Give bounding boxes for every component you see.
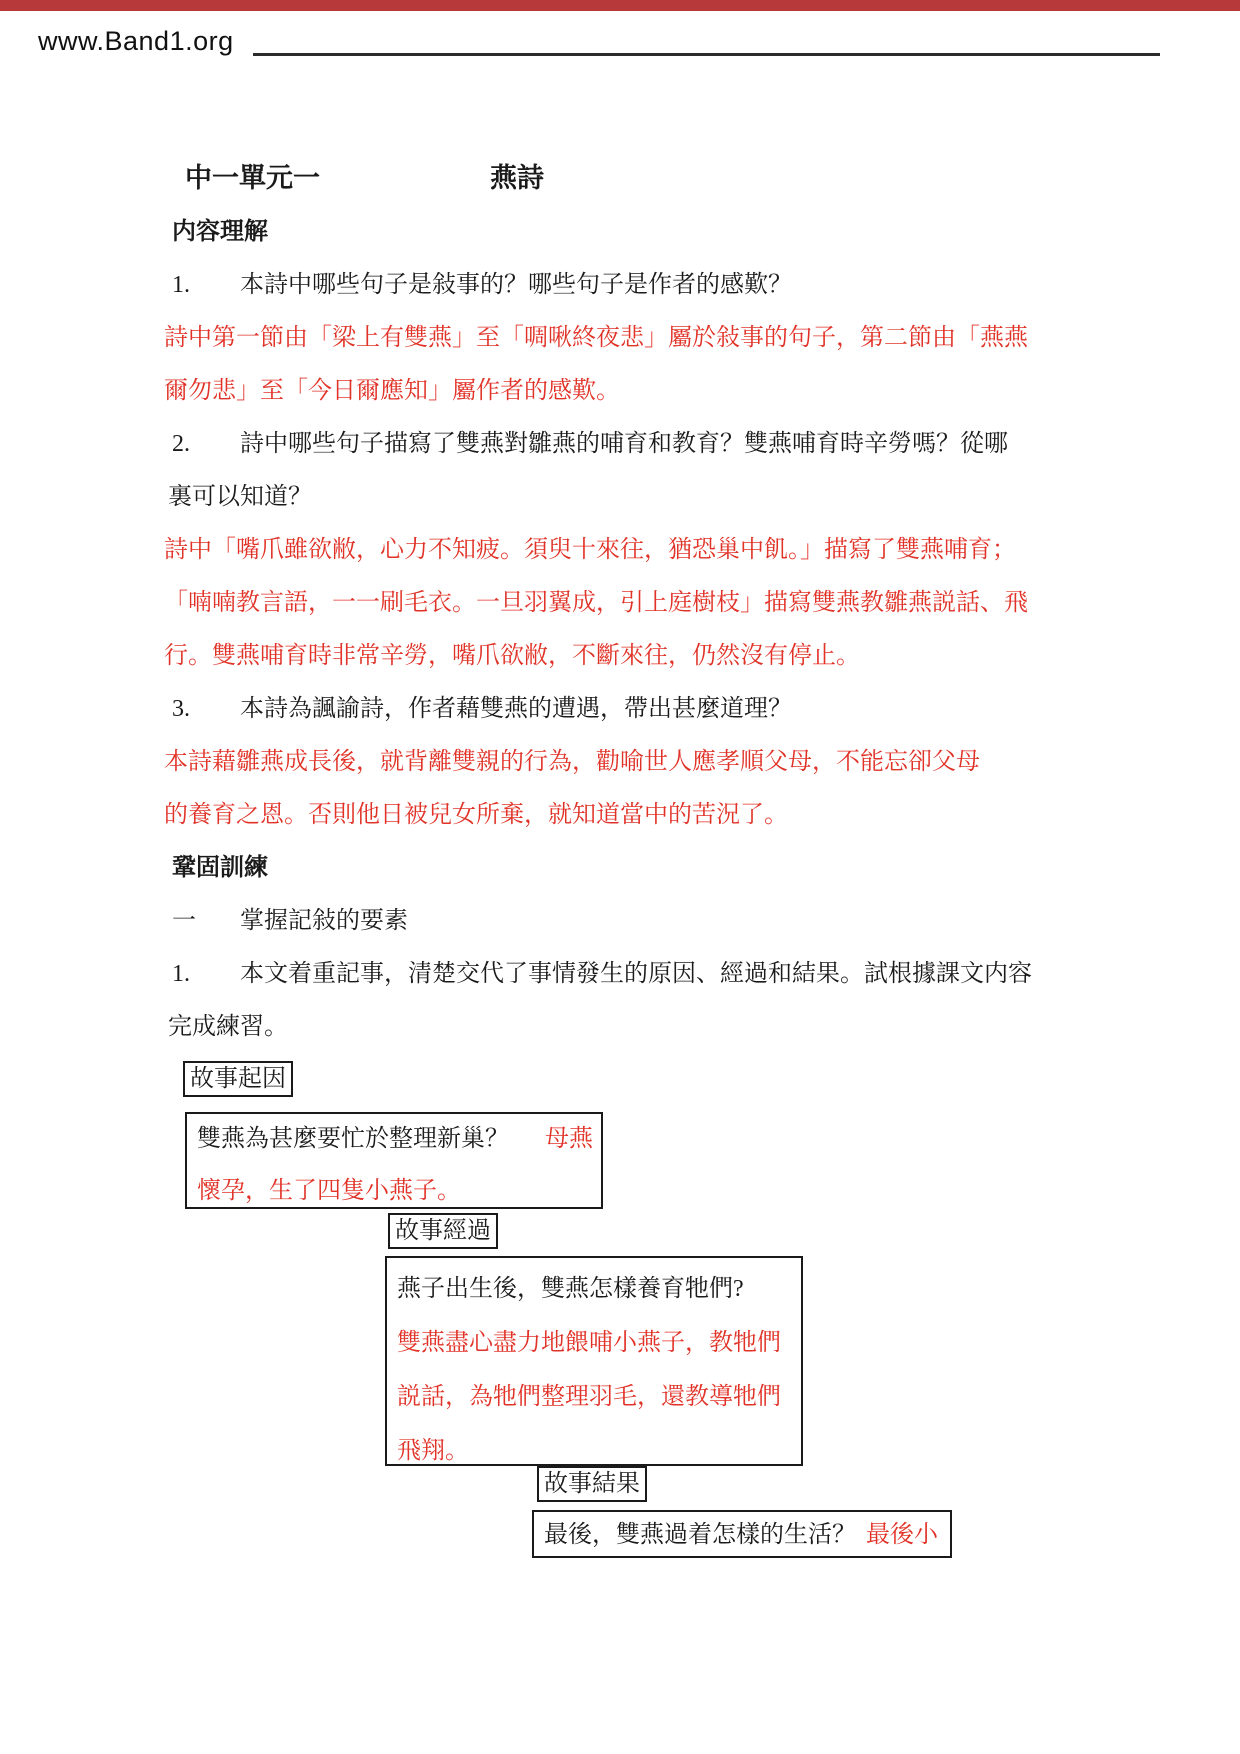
worksheet-page: www.Band1.org 中一單元一 燕詩 内容理解 1.本詩中哪些句子是敍事…	[0, 0, 1240, 1754]
site-url: www.Band1.org	[38, 26, 234, 57]
top-red-bar	[0, 0, 1240, 11]
doc-title-poem: 燕詩	[490, 161, 544, 195]
instruction-line-2: 完成練習。	[168, 1011, 288, 1043]
answer-2-line-2: 「喃喃教言語，一一刷毛衣。一旦羽翼成，引上庭樹枝」描寫雙燕教雛燕説話、飛	[164, 587, 1028, 619]
question-2-number: 2.	[172, 428, 240, 460]
cause-answer-inline: 母燕	[545, 1126, 593, 1152]
answer-3-line-2: 的養育之恩。否則他日被兒女所棄，就知道當中的苦況了。	[164, 799, 788, 831]
instruction-line-1: 1.本文着重記事，清楚交代了事情發生的原因、經過和結果。試根據課文内容	[172, 958, 1032, 990]
flow-box-cause: 雙燕為甚麼要忙於整理新巢？母燕 懷孕，生了四隻小燕子。	[185, 1112, 603, 1209]
header-rule	[253, 53, 1160, 56]
section-heading-training: 鞏固訓練	[172, 852, 268, 884]
flow-box-cause-line-1: 雙燕為甚麼要忙於整理新巢？母燕	[197, 1124, 593, 1154]
section-heading-comprehension: 内容理解	[172, 216, 268, 248]
process-answer-line-2: 説話，為牠們整理羽毛，還教導牠們	[397, 1382, 781, 1412]
flow-label-process: 故事經過	[388, 1213, 498, 1249]
question-1: 1.本詩中哪些句子是敍事的？哪些句子是作者的感歎？	[172, 269, 792, 301]
subsection-number: 一	[172, 905, 240, 937]
answer-2-line-1: 詩中「嘴爪雖欲敝，心力不知疲。須臾十來往，猶恐巢中飢。」描寫了雙燕哺育；	[164, 534, 1016, 566]
flow-label-cause: 故事起因	[183, 1061, 293, 1097]
cause-question: 雙燕為甚麼要忙於整理新巢？	[197, 1126, 509, 1152]
result-answer-inline: 最後小	[866, 1522, 938, 1548]
flow-box-result: 最後，雙燕過着怎樣的生活？最後小	[532, 1510, 952, 1558]
question-2-line-1: 2.詩中哪些句子描寫了雙燕對雛燕的哺育和教育？雙燕哺育時辛勞嗎？從哪	[172, 428, 1008, 460]
answer-2-line-3: 行。雙燕哺育時非常辛勞，嘴爪欲敝，不斷來往，仍然沒有停止。	[164, 640, 860, 672]
question-1-text: 本詩中哪些句子是敍事的？哪些句子是作者的感歎？	[240, 272, 792, 298]
answer-3-line-1: 本詩藉雛燕成長後，就背離雙親的行為，勸喻世人應孝順父母，不能忘卻父母	[164, 746, 980, 778]
answer-1-line-2: 爾勿悲」至「今日爾應知」屬作者的感歎。	[164, 375, 620, 407]
question-1-number: 1.	[172, 269, 240, 301]
subsection-text: 掌握記敍的要素	[240, 908, 408, 934]
process-answer-line-1: 雙燕盡心盡力地餵哺小燕子，教牠們	[397, 1328, 781, 1358]
flow-label-result: 故事結果	[537, 1466, 647, 1502]
question-2-line-2: 裏可以知道？	[168, 481, 312, 513]
answer-1-line-1: 詩中第一節由「梁上有雙燕」至「啁啾終夜悲」屬於敍事的句子，第二節由「燕燕	[164, 322, 1028, 354]
subsection-heading: 一掌握記敍的要素	[172, 905, 408, 937]
instruction-number: 1.	[172, 958, 240, 990]
doc-title-unit: 中一單元一	[185, 161, 320, 195]
instruction-text: 本文着重記事，清楚交代了事情發生的原因、經過和結果。試根據課文内容	[240, 961, 1032, 987]
question-3-text: 本詩為諷諭詩，作者藉雙燕的遭遇，帶出甚麼道理？	[240, 696, 792, 722]
flow-box-process: 燕子出生後，雙燕怎樣養育牠們? 雙燕盡心盡力地餵哺小燕子，教牠們 説話，為牠們整…	[385, 1256, 803, 1466]
question-3: 3.本詩為諷諭詩，作者藉雙燕的遭遇，帶出甚麼道理？	[172, 693, 792, 725]
result-question: 最後，雙燕過着怎樣的生活？	[544, 1522, 856, 1548]
process-question: 燕子出生後，雙燕怎樣養育牠們?	[397, 1274, 744, 1304]
process-answer-line-3: 飛翔。	[397, 1436, 469, 1466]
cause-answer-line-2: 懷孕，生了四隻小燕子。	[197, 1176, 461, 1206]
question-2-text: 詩中哪些句子描寫了雙燕對雛燕的哺育和教育？雙燕哺育時辛勞嗎？從哪	[240, 431, 1008, 457]
question-3-number: 3.	[172, 693, 240, 725]
flow-box-result-line: 最後，雙燕過着怎樣的生活？最後小	[544, 1520, 938, 1550]
